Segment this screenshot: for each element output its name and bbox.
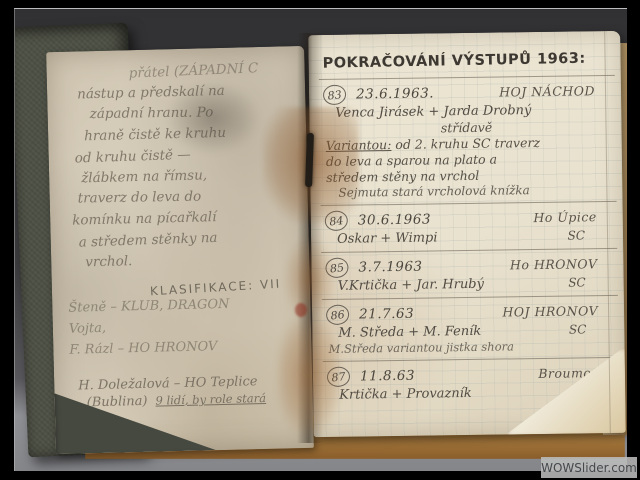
entry-date: 3.7.1963 [358,258,422,275]
entry-date: 23.6.1963. [356,85,434,102]
entry-partners: Krtička + Provazník [339,386,472,403]
right-page: POKRAČOVÁNÍ VÝSTUPŮ 1963: 83 23.6.1963. … [308,31,626,437]
entry-partners: V.Krtička + Jar. Hrubý [338,277,484,294]
entry-grade: SC [569,322,587,336]
entry-partners: Oskar + Wimpi [337,230,438,246]
entry-number-badge: 86 [325,304,350,326]
notebook-photo: přátel (ZÁPADNÍ C nástup a předskalí na … [14,8,627,471]
entry-grade: SC [568,275,586,289]
entry-grade: SC [568,228,586,242]
variant-text: od 2. kruhu SC traverz [395,135,540,152]
entry-row: 83 23.6.1963. HOJ NÁCHOD Venca Jirásek +… [323,81,611,200]
left-page: přátel (ZÁPADNÍ C nástup a předskalí na … [46,46,314,454]
spine-shadow [297,33,323,443]
entry-partners: Venca Jirásek + Jarda Drobný [335,103,531,121]
entry-number-badge: 83 [322,84,347,106]
left-page-line: západní hranu. Po [90,101,298,125]
entry-divider [323,357,619,362]
entry-date: 21.7.63 [359,305,414,322]
entry-partners: M. Středa + M. Feník [338,324,481,341]
watermark-link[interactable]: WOWSlider.com [541,457,637,478]
entry-club: Ho Úpice [533,209,597,225]
watermark-text: WOWSlider.com [541,461,637,475]
entry-row: 85 3.7.1963 Ho HRONOV V.Krtička + Jar. H… [325,254,611,294]
variant-label: Variantou: [326,137,392,153]
entry-date: 11.8.63 [360,367,415,384]
entry-number-badge: 84 [324,210,349,232]
entry-divider [321,248,617,253]
entry-club: HOJ HRONOV [502,303,598,319]
entry-divider [321,201,617,206]
entry-remark: M.Středa variantou jistka shora [328,338,612,356]
entry-number-badge: 85 [325,257,350,279]
left-page-footer-nick: (Bublina) [87,394,148,410]
entry-remark: Sejmuta stará vrcholová knížka [338,182,610,200]
title-underline [319,75,615,80]
entry-club: Ho HRONOV [510,256,598,272]
entry-divider [322,295,618,300]
photo-frame: přátel (ZÁPADNÍ C nástup a předskalí na … [0,0,640,480]
entry-date: 30.6.1963 [358,211,431,228]
entry-club: HOJ NÁCHOD [499,83,595,99]
left-page-footer-row: (Bublina)9 lidí, by role stará [87,390,305,410]
left-page-club-line: F. Rázl – HO HRONOV [69,334,303,361]
left-page-line: traverz do leva do [78,185,300,209]
entry-row: 86 21.7.63 HOJ HRONOV M. Středa + M. Fen… [326,301,613,356]
entry-row: 84 30.6.1963 Ho Úpice Oskar + Wimpi SC [325,207,611,247]
entry-number-badge: 87 [326,366,351,388]
page-title: POKRAČOVÁNÍ VÝSTUPŮ 1963: [322,50,608,71]
left-page-footer-note: 9 lidí, by role stará [155,391,266,408]
